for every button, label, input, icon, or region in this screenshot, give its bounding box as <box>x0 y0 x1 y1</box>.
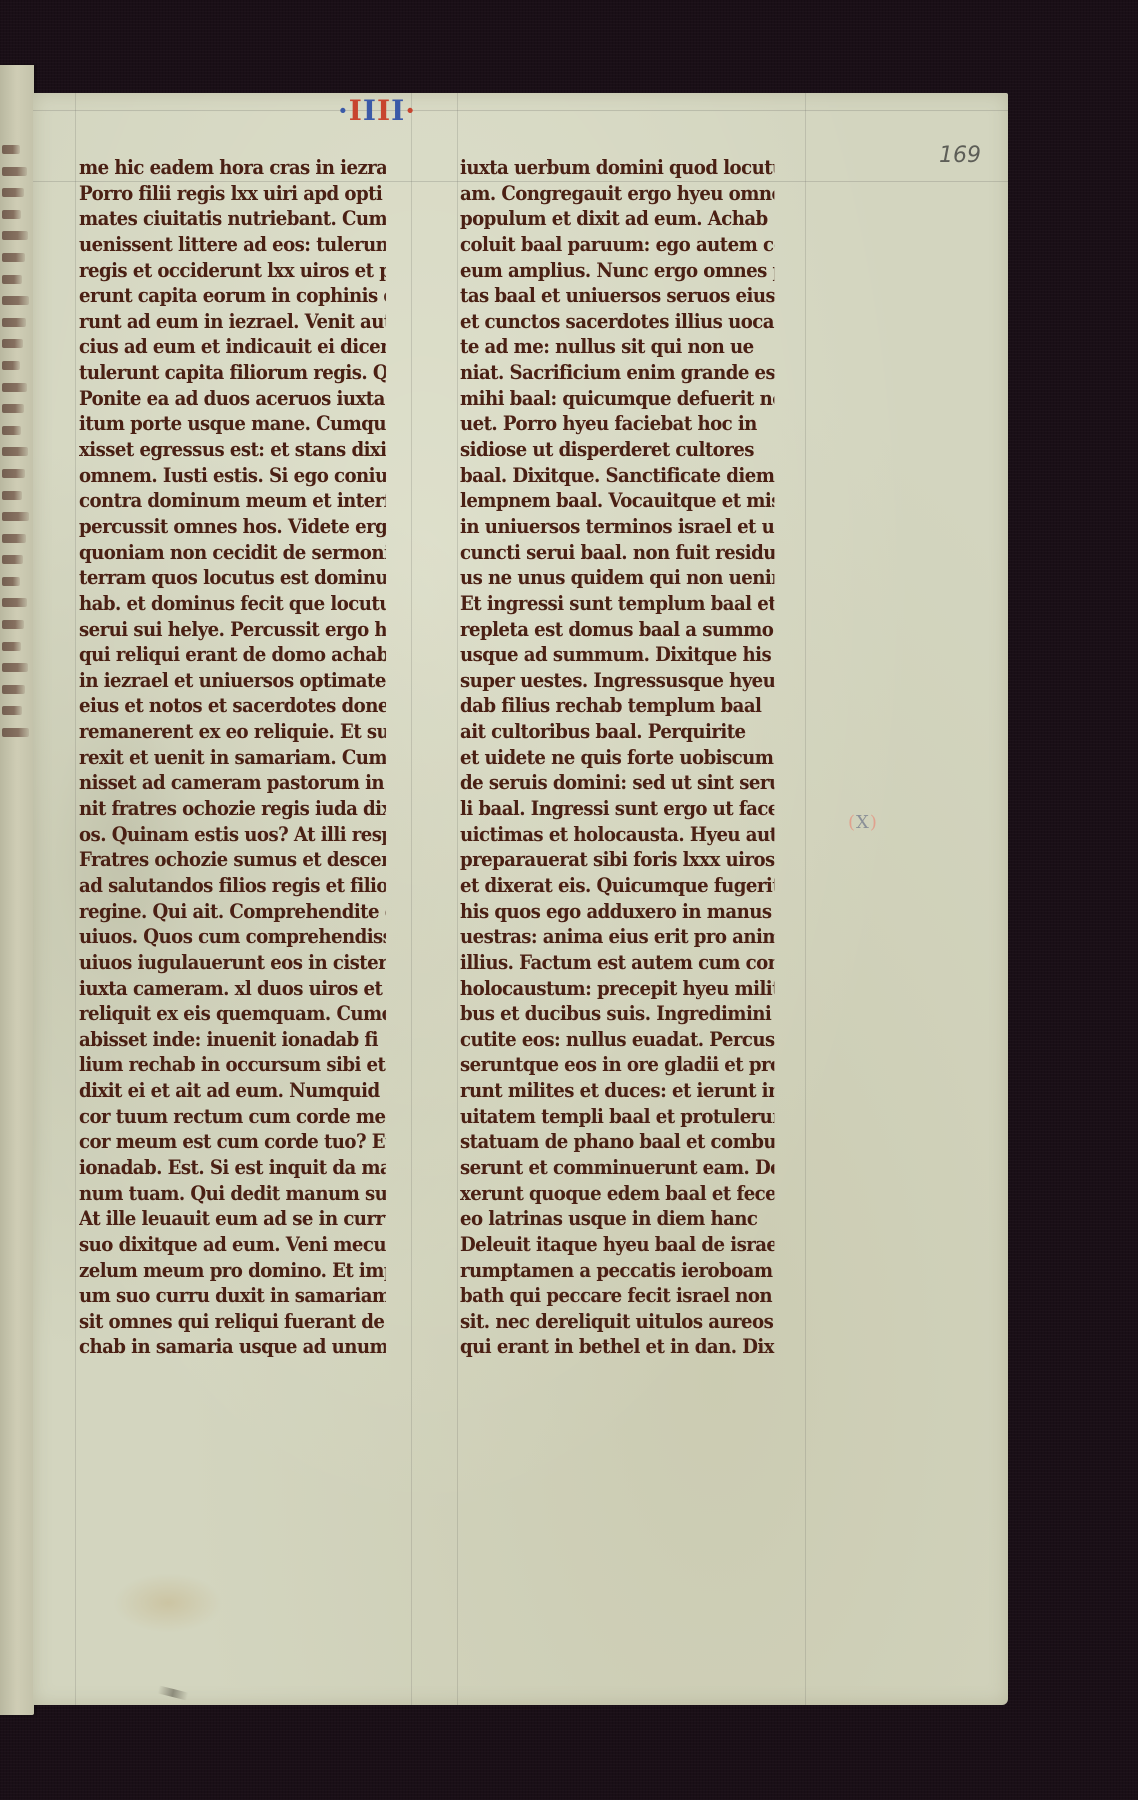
ruling-line-vertical <box>457 93 458 1705</box>
running-head-char: · <box>338 94 349 127</box>
previous-leaf-text-line <box>2 447 28 456</box>
text-line: abisset inde: inuenit ionadab fi <box>79 1027 386 1053</box>
text-line: uenissent littere ad eos: tulerunt filio… <box>79 232 386 258</box>
text-line: Porro filii regis lxx uiri apd opti <box>79 181 386 207</box>
text-line: cutite eos: nullus euadat. Percus <box>460 1027 774 1053</box>
text-line: os. Quinam estis uos? At illi responderu… <box>79 822 386 848</box>
text-line: xerunt quoque edem baal et fecerunt <box>460 1181 774 1207</box>
text-line: Et ingressi sunt templum baal et <box>460 591 774 617</box>
ruling-line-vertical <box>411 93 412 1705</box>
text-line: niat. Sacrificium enim grande est <box>460 360 774 386</box>
text-line: seruntque eos in ore gladii et proiece <box>460 1052 774 1078</box>
text-line: omnem. Iusti estis. Si ego coniuraui <box>79 463 386 489</box>
text-line: am. Congregauit ergo hyeu omnem <box>460 181 774 207</box>
chapter-marker-open: ( <box>848 812 856 833</box>
text-line: Fratres ochozie sumus et descendimus <box>79 847 386 873</box>
text-line: mates ciuitatis nutriebant. Cum <box>79 206 386 232</box>
running-head: · I I I I · <box>338 93 416 127</box>
text-line: uictimas et holocausta. Hyeu autem <box>460 822 774 848</box>
previous-leaf-text-line <box>2 231 28 240</box>
previous-leaf-text-line <box>2 253 25 262</box>
previous-leaf-text-line <box>2 210 21 219</box>
text-line: uiuos. Quos cum comprehendissent <box>79 924 386 950</box>
text-line: uestras: anima eius erit pro anima <box>460 924 774 950</box>
folio-number: 169 <box>939 143 981 168</box>
text-line: lium rechab in occursum sibi et bene <box>79 1052 386 1078</box>
previous-leaf-text-line <box>2 404 24 413</box>
text-line: uitatem templi baal et protulerunt <box>460 1104 774 1130</box>
text-line: in uniuersos terminos israel et uenerunt <box>460 514 774 540</box>
running-head-char: I <box>363 94 377 127</box>
text-line: xisset egressus est: et stans dixit ad p… <box>79 437 386 463</box>
text-line: rexit et uenit in samariam. Cumque ue <box>79 745 386 771</box>
running-head-char: I <box>391 94 405 127</box>
previous-leaf-text-line <box>2 167 27 176</box>
text-line: cor meum est cum corde tuo? Et ait <box>79 1129 386 1155</box>
previous-leaf-text-line <box>2 361 20 370</box>
text-line: iuxta cameram. xl duos uiros et non <box>79 976 386 1002</box>
previous-leaf-text-line <box>2 426 21 435</box>
text-column-right: iuxta uerbum domini quod locutus est per… <box>460 155 798 1360</box>
previous-leaf-text-line <box>2 296 29 305</box>
text-line: quoniam non cecidit de sermonibus domini… <box>79 540 386 566</box>
previous-leaf-text-line <box>2 188 24 197</box>
text-line: cor tuum rectum cum corde meo sicut <box>79 1104 386 1130</box>
running-head-char: · <box>405 94 416 127</box>
text-line: us ne unus quidem qui non ueniret <box>460 565 774 591</box>
text-line: tulerunt capita filiorum regis. Qui resp… <box>79 360 386 386</box>
text-line: lempnem baal. Vocauitque et misit <box>460 488 774 514</box>
text-line: eius et notos et sacerdotes donec non <box>79 693 386 719</box>
chapter-marker: (X) <box>848 812 878 833</box>
text-line: qui erant in bethel et in dan. Dixit <box>460 1334 774 1360</box>
text-line: populum et dixit ad eum. Achab <box>460 206 774 232</box>
previous-leaf-text-line <box>2 491 22 500</box>
previous-leaf-text-line <box>2 512 29 521</box>
text-line: statuam de phano baal et combus <box>460 1129 774 1155</box>
text-line: cuncti serui baal. non fuit residu <box>460 540 774 566</box>
text-line: sit omnes qui reliqui fuerant de a <box>79 1309 386 1335</box>
text-column-left: me hic eadem hora cras in iezraelPorro f… <box>79 155 409 1360</box>
running-head-char: I <box>377 94 391 127</box>
text-line: uiuos iugulauerunt eos in cisterna <box>79 950 386 976</box>
text-line: contra dominum meum et interfeci eum: qu… <box>79 488 386 514</box>
text-line: serunt et comminuerunt eam. Destru <box>460 1155 774 1181</box>
previous-leaf-text-line <box>2 577 20 586</box>
text-line: Ponite ea ad duos aceruos iuxta intro <box>79 386 386 412</box>
previous-leaf-text-fragment <box>2 145 30 765</box>
text-line: preparauerat sibi foris lxxx uiros <box>460 847 774 873</box>
text-line: runt milites et duces: et ierunt in ci <box>460 1078 774 1104</box>
text-line: ait cultoribus baal. Perquirite <box>460 719 774 745</box>
text-line: tas baal et uniuersos seruos eius <box>460 283 774 309</box>
text-line: dab filius rechab templum baal <box>460 693 774 719</box>
text-line: his quos ego adduxero in manus <box>460 899 774 925</box>
text-line: terram quos locutus est dominus super do… <box>79 565 386 591</box>
text-line: ad salutandos filios regis et filios <box>79 873 386 899</box>
text-line: remanerent ex eo reliquie. Et sur <box>79 719 386 745</box>
previous-leaf-text-line <box>2 555 23 564</box>
chapter-marker-close: ) <box>870 812 878 833</box>
text-line: repleta est domus baal a summo <box>460 617 774 643</box>
running-head-char: I <box>349 94 363 127</box>
text-line: et uidete ne quis forte uobiscum sit <box>460 745 774 771</box>
text-line: et dixerat eis. Quicumque fugerit de hom… <box>460 873 774 899</box>
text-line: cius ad eum et indicauit ei dicens. At <box>79 334 386 360</box>
previous-leaf-text-line <box>2 339 23 348</box>
text-line: chab in samaria usque ad unum <box>79 1334 386 1360</box>
text-line: rumptamen a peccatis ieroboam filii na <box>460 1258 774 1284</box>
text-line: Deleuit itaque hyeu baal de israel. ue <box>460 1232 774 1258</box>
previous-leaf-text-line <box>2 383 27 392</box>
text-line: suo dixitque ad eum. Veni mecum et uide <box>79 1232 386 1258</box>
text-line: erunt capita eorum in cophinis et mise <box>79 283 386 309</box>
text-line: nit fratres ochozie regis iuda dixitque … <box>79 796 386 822</box>
text-line: sidiose ut disperderet cultores <box>460 437 774 463</box>
text-line: itum porte usque mane. Cumque dilu <box>79 411 386 437</box>
text-line: de seruis domini: sed ut sint serui so <box>460 770 774 796</box>
text-line: baal. Dixitque. Sanctificate diem sol <box>460 463 774 489</box>
text-line: sit. nec dereliquit uitulos aureos <box>460 1309 774 1335</box>
text-line: bath qui peccare fecit israel non recces <box>460 1283 774 1309</box>
text-line: te ad me: nullus sit qui non ue <box>460 334 774 360</box>
parchment-crease <box>157 1685 188 1700</box>
text-line: ionadab. Est. Si est inquit da ma <box>79 1155 386 1181</box>
text-line: zelum meum pro domino. Et impositum e <box>79 1258 386 1284</box>
text-line: bus et ducibus suis. Ingredimini et per <box>460 1001 774 1027</box>
text-line: regis et occiderunt lxx uiros et posu <box>79 258 386 284</box>
previous-leaf-text-line <box>2 706 22 715</box>
text-line: uet. Porro hyeu faciebat hoc in <box>460 411 774 437</box>
text-line: coluit baal paruum: ego autem cola <box>460 232 774 258</box>
text-line: reliquit ex eis quemquam. Cumque <box>79 1001 386 1027</box>
previous-leaf-text-line <box>2 145 20 154</box>
text-line: serui sui helye. Percussit ergo hyeu omn… <box>79 617 386 643</box>
previous-leaf-text-line <box>2 685 25 694</box>
previous-leaf-edge <box>0 65 34 1715</box>
text-line: super uestes. Ingressusque hyeu et iona <box>460 668 774 694</box>
text-line: nisset ad cameram pastorum in uia: inue <box>79 770 386 796</box>
text-line: holocaustum: precepit hyeu militi <box>460 976 774 1002</box>
previous-leaf-text-line <box>2 642 21 651</box>
text-line: runt ad eum in iezrael. Venit autem nun <box>79 309 386 335</box>
text-line: iuxta uerbum domini quod locutus est per… <box>460 155 774 181</box>
previous-leaf-text-line <box>2 534 26 543</box>
text-line: hab. et dominus fecit que locutus est in… <box>79 591 386 617</box>
previous-leaf-text-line <box>2 620 24 629</box>
previous-leaf-text-line <box>2 663 28 672</box>
chapter-marker-numeral: X <box>856 812 870 833</box>
text-line: usque ad summum. Dixitque his qui erant <box>460 642 774 668</box>
text-line: et cunctos sacerdotes illius uoca <box>460 309 774 335</box>
ruling-line-horizontal <box>33 110 1008 111</box>
text-line: At ille leuauit eum ad se in curru <box>79 1206 386 1232</box>
text-line: li baal. Ingressi sunt ergo ut facerent <box>460 796 774 822</box>
water-stain <box>113 1573 223 1633</box>
text-line: eum amplius. Nunc ergo omnes prophe <box>460 258 774 284</box>
text-line: eo latrinas usque in diem hanc <box>460 1206 774 1232</box>
text-line: in iezrael et uniuersos optimates <box>79 668 386 694</box>
text-line: regine. Qui ait. Comprehendite eos <box>79 899 386 925</box>
ruling-line-vertical <box>805 93 806 1705</box>
text-line: num tuam. Qui dedit manum suam <box>79 1181 386 1207</box>
text-line: percussit omnes hos. Videte ergo nunc <box>79 514 386 540</box>
text-line: mihi baal: quicumque defuerit non ui <box>460 386 774 412</box>
previous-leaf-text-line <box>2 469 25 478</box>
ruling-line-vertical <box>75 93 76 1705</box>
text-line: um suo curru duxit in samariam. Et percu… <box>79 1283 386 1309</box>
text-line: dixit ei et ait ad eum. Numquid est <box>79 1078 386 1104</box>
previous-leaf-text-line <box>2 598 27 607</box>
previous-leaf-text-line <box>2 728 29 737</box>
previous-leaf-text-line <box>2 318 26 327</box>
manuscript-folio: · I I I I · 169 me hic eadem hora cras i… <box>33 93 1008 1705</box>
text-line: illius. Factum est autem cum completum e… <box>460 950 774 976</box>
text-line: me hic eadem hora cras in iezrael <box>79 155 386 181</box>
previous-leaf-text-line <box>2 275 22 284</box>
text-line: qui reliqui erant de domo achab <box>79 642 386 668</box>
